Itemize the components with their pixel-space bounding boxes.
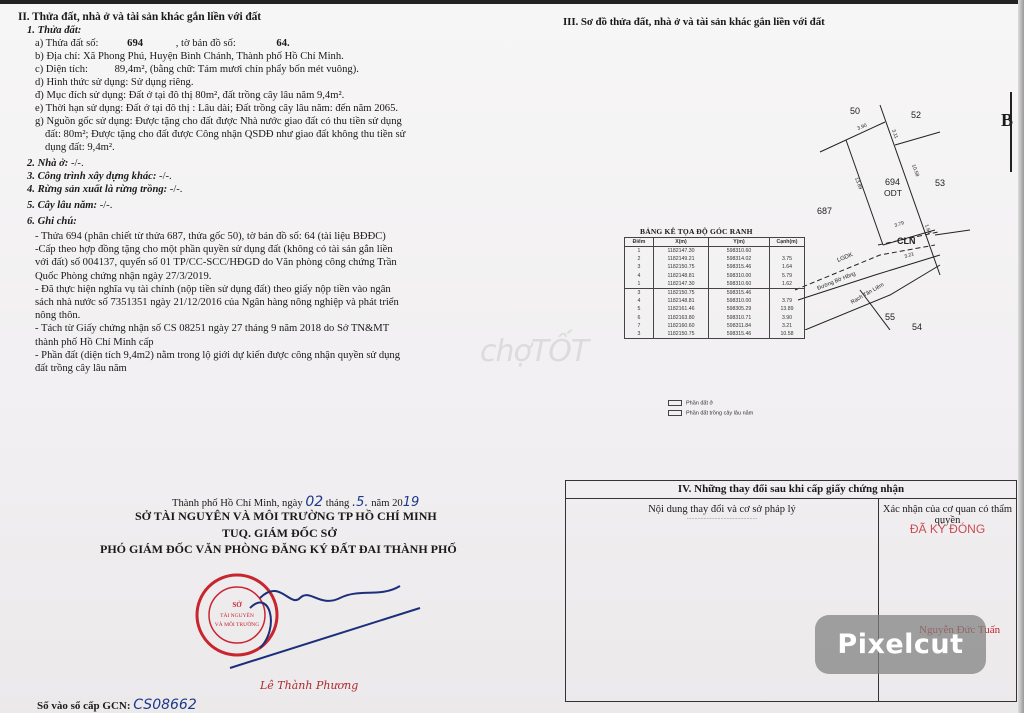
note-line: - Thửa 694 (phân chiết từ thửa 687, thửa… bbox=[35, 231, 386, 243]
parcel-label: a) Thửa đất số: bbox=[35, 38, 99, 49]
section-4-title: IV. Những thay đổi sau khi cấp giấy chứn… bbox=[566, 481, 1016, 499]
perennial-label: 5. Cây lâu năm: bbox=[27, 200, 97, 211]
svg-text:13.89: 13.89 bbox=[853, 177, 863, 191]
parcel-label-55: 55 bbox=[885, 312, 895, 322]
coord-table-title: BẢNG KÊ TỌA ĐỘ GÓC RANH bbox=[640, 227, 753, 236]
svg-text:CLN: CLN bbox=[897, 236, 916, 246]
coord-row: 21182149.21598314.023.75 bbox=[625, 255, 805, 263]
parcel-diagram: 50 52 53 687 54 694 ODT CLN LGDK Đường B… bbox=[780, 90, 980, 330]
svg-text:54: 54 bbox=[912, 322, 922, 330]
area-value: 89,4m², (bằng chữ: Tám mươi chín phẩy bố… bbox=[115, 64, 359, 75]
register-number: CS08662 bbox=[133, 697, 196, 713]
legend-residential: Phần đất ở bbox=[668, 400, 713, 406]
coord-row: 41182148.81598310.003.79 bbox=[625, 297, 805, 305]
note-line: nông thôn. bbox=[35, 310, 80, 322]
coord-row: 31182150.75598315.46 bbox=[625, 288, 805, 297]
parcel-number: 694 bbox=[127, 38, 143, 49]
svg-text:687: 687 bbox=[817, 206, 832, 216]
map-number: 64. bbox=[276, 38, 289, 49]
chotot-watermark: chợTỐT bbox=[480, 334, 588, 369]
house-line: 2. Nhà ở: -/-. bbox=[27, 158, 84, 170]
forest-label: 4. Rừng sản xuất là rừng trồng: bbox=[27, 184, 167, 195]
register-label: Số vào sổ cấp GCN: bbox=[37, 700, 131, 712]
origin-line-2: đất: 80m²; Được tặng cho đất được Công n… bbox=[45, 129, 405, 141]
date-day: 02 bbox=[305, 494, 323, 510]
svg-text:52: 52 bbox=[911, 110, 921, 120]
origin-line-1: g) Nguồn gốc sử dụng: Được tặng cho đất … bbox=[35, 116, 402, 128]
register-line: Số vào sổ cấp GCN: CS08662 bbox=[37, 699, 197, 712]
issuing-org: SỞ TÀI NGUYÊN VÀ MÔI TRƯỜNG TP HỒ CHÍ MI… bbox=[135, 510, 437, 522]
other-construction-line: 3. Công trình xây dựng khác: -/-. bbox=[27, 171, 172, 183]
notes-heading: 6. Ghi chú: bbox=[27, 216, 77, 228]
date-month: .5. bbox=[352, 495, 369, 510]
svg-text:3.79: 3.79 bbox=[894, 220, 905, 229]
usage-duration: e) Thời hạn sử dụng: Đất ở tại đô thị : … bbox=[35, 103, 398, 115]
signer-name: Lê Thành Phương bbox=[260, 680, 358, 692]
legend-label: Phần đất ở bbox=[686, 400, 713, 406]
year-label: năm 20 bbox=[371, 498, 402, 509]
note-line: -Cấp theo hợp đồng tặng cho một phần quy… bbox=[35, 244, 393, 256]
coord-header: Cạnh(m) bbox=[770, 238, 805, 247]
note-line: thành phố Hồ Chí Minh cấp bbox=[35, 337, 154, 349]
address: b) Địa chỉ: Xã Phong Phú, Huyện Bình Chá… bbox=[35, 51, 344, 63]
legend-perennial: Phần đất trồng cây lâu năm bbox=[668, 410, 753, 416]
origin-line-3: dụng đất: 9,4m². bbox=[45, 142, 115, 154]
coord-header: X(m) bbox=[654, 238, 709, 247]
note-line: với đất) số 004137, quyển số 01 TP/CC-SC… bbox=[35, 257, 397, 269]
coord-row: 51182161.46598305.2913.89 bbox=[625, 305, 805, 313]
svg-text:ODT: ODT bbox=[884, 188, 902, 198]
area-label: c) Diện tích: bbox=[35, 64, 88, 75]
map-label: , tờ bản đồ số: bbox=[176, 38, 236, 49]
scan-top-edge bbox=[0, 0, 1024, 4]
coord-row: 41182148.81598310.005.79 bbox=[625, 272, 805, 280]
coord-row: 11182147.30598310.601.62 bbox=[625, 280, 805, 289]
land-heading: 1. Thửa đất: bbox=[27, 25, 81, 37]
note-line: đất trồng cây lâu năm bbox=[35, 363, 127, 375]
coord-row: 11182147.30598310.60 bbox=[625, 247, 805, 256]
note-line: sách nhà nước số 7351351 ngày 21/12/2016… bbox=[35, 297, 399, 309]
north-arrow-icon bbox=[1008, 92, 1014, 172]
on-behalf: TUQ. GIÁM ĐỐC SỞ bbox=[222, 527, 337, 539]
coord-row: 61182163.80598310.713.90 bbox=[625, 314, 805, 322]
svg-text:53: 53 bbox=[935, 178, 945, 188]
signing-date: Thành phố Hồ Chí Minh, ngày 02 tháng .5.… bbox=[172, 496, 419, 510]
date-prefix: Thành phố Hồ Chí Minh, ngày bbox=[172, 498, 303, 509]
svg-text:Rạch Tân Liêm: Rạch Tân Liêm bbox=[850, 282, 886, 306]
note-line: Quốc Phòng chứng nhận ngày 27/3/2019. bbox=[35, 271, 211, 283]
changes-column-title: Nội dung thay đổi và cơ sở pháp lý bbox=[566, 504, 878, 515]
section-3-title: III. Sơ đồ thửa đất, nhà ở và tài sản kh… bbox=[563, 16, 825, 28]
house-label: 2. Nhà ở: bbox=[27, 158, 68, 169]
section-2-title: II. Thửa đất, nhà ở và tài sản khác gắn … bbox=[18, 11, 261, 23]
forest-value: -/-. bbox=[167, 184, 182, 195]
svg-text:694: 694 bbox=[885, 177, 900, 187]
other-construction-label: 3. Công trình xây dựng khác: bbox=[27, 171, 156, 182]
svg-text:50: 50 bbox=[850, 106, 860, 116]
perennial-line: 5. Cây lâu năm: -/-. bbox=[27, 200, 112, 212]
note-line: - Đã thực hiện nghĩa vụ tài chính (nộp t… bbox=[35, 284, 391, 296]
month-label: tháng bbox=[326, 498, 350, 509]
changes-faint-text: ........................................… bbox=[566, 515, 878, 521]
note-line: - Phần đất (diện tích 9,4m2) nằm trong l… bbox=[35, 350, 400, 362]
svg-text:LGDK: LGDK bbox=[837, 252, 854, 264]
coord-header: Y(m) bbox=[709, 238, 770, 247]
note-line: - Tách từ Giấy chứng nhận số CS 08251 ng… bbox=[35, 323, 389, 335]
house-value: -/-. bbox=[68, 158, 83, 169]
perennial-value: -/-. bbox=[97, 200, 112, 211]
legend-label: Phần đất trồng cây lâu năm bbox=[686, 410, 753, 416]
legend-swatch-icon bbox=[668, 410, 682, 416]
svg-text:10.58: 10.58 bbox=[910, 164, 920, 178]
usage-form: d) Hình thức sử dụng: Sử dụng riêng. bbox=[35, 77, 193, 89]
legend-swatch-icon bbox=[668, 400, 682, 406]
forest-line: 4. Rừng sản xuất là rừng trồng: -/-. bbox=[27, 184, 182, 196]
coord-row: 31182150.75598315.4610.58 bbox=[625, 330, 805, 339]
svg-text:3.21: 3.21 bbox=[904, 251, 915, 260]
date-year: 19 bbox=[403, 495, 420, 510]
coord-table: ĐiểmX(m)Y(m)Cạnh(m) 11182147.30598310.60… bbox=[624, 237, 805, 339]
usage-purpose: đ) Mục đích sử dụng: Đất ở tại đô thị 80… bbox=[35, 90, 344, 102]
coord-row: 71182160.60598311.843.21 bbox=[625, 322, 805, 330]
certificate-page: II. Thửa đất, nhà ở và tài sản khác gắn … bbox=[0, 0, 1024, 713]
scan-right-edge bbox=[1018, 0, 1024, 713]
confirmation-stamp: ĐÃ KÝ ĐÓNG bbox=[879, 522, 1016, 536]
svg-text:Đường Bờ Hồng: Đường Bờ Hồng bbox=[817, 271, 857, 292]
signature-stroke-icon bbox=[210, 568, 430, 678]
coord-row: 31182150.75598315.461.64 bbox=[625, 263, 805, 271]
other-construction-value: -/-. bbox=[156, 171, 171, 182]
signer-position: PHÓ GIÁM ĐỐC VĂN PHÒNG ĐĂNG KÝ ĐẤT ĐAI T… bbox=[100, 543, 457, 555]
pixelcut-watermark: Pixelcut bbox=[815, 615, 986, 674]
coord-header: Điểm bbox=[625, 238, 654, 247]
parcel-line: a) Thửa đất số: 694 , tờ bản đồ số: 64. bbox=[35, 38, 290, 50]
area-line: c) Diện tích: 89,4m², (bằng chữ: Tám mươ… bbox=[35, 64, 359, 76]
